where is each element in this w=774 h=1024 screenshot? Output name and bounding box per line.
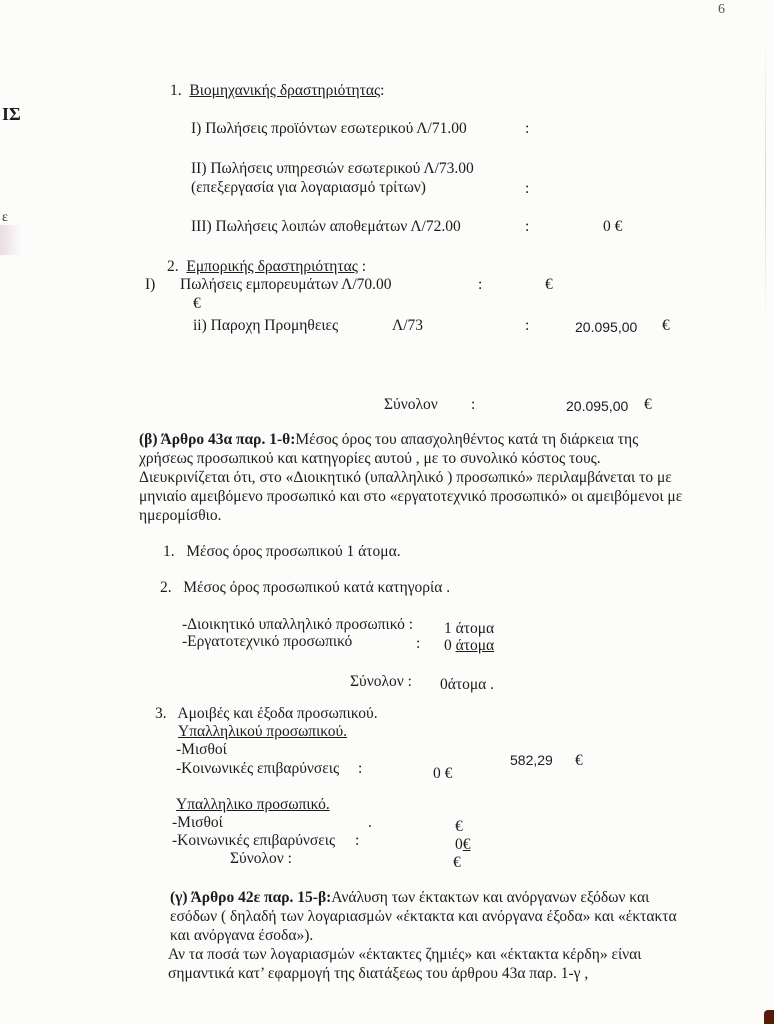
group2-total-label: Σύνολον :	[230, 850, 292, 868]
social-value: 0€	[455, 836, 471, 854]
row-label: I) Πωλήσεις προϊόντων εσωτερικού Λ/71.00	[191, 120, 467, 138]
heading-suffix: :	[380, 82, 384, 99]
staff-category-item: 2. Μέσος όρος προσωπικού κατά κατηγορία …	[160, 579, 450, 597]
section-c-heading: (γ) Άρθρο 42ε παρ. 15-β:	[170, 889, 331, 906]
category-value: 1 άτομα	[444, 620, 494, 638]
total-value: 20.095,00	[566, 398, 628, 414]
group1-title: Υπαλληλικού προσωπικού.	[178, 723, 347, 741]
account-code: Λ/73	[392, 317, 423, 335]
section-c-paragraph: (γ) Άρθρο 42ε παρ. 15-β:Ανάλυση των έκτα…	[170, 888, 680, 945]
salaries-currency: €	[575, 752, 583, 770]
row-value: 20.095,00	[575, 319, 637, 335]
item-text: Μέσος όρος προσωπικού 1 άτομα.	[186, 543, 400, 560]
value-unit: άτομα	[456, 637, 495, 654]
row-value: €	[545, 276, 553, 294]
total-sep: :	[471, 396, 475, 414]
item-text: Μέσος όρος προσωπικού κατά κατηγορία .	[183, 579, 450, 596]
section-b-paragraph: (β) Άρθρο 43α παρ. 1-θ:Μέσος όρος του απ…	[139, 430, 689, 525]
group2-title: Υπαλληλικο προσωπικό.	[176, 796, 330, 814]
row-sep: :	[525, 218, 529, 236]
value-currency: €	[463, 836, 471, 853]
roman-numeral: I)	[145, 276, 155, 294]
row-sep: :	[525, 180, 529, 198]
group2-total-value: €	[453, 854, 461, 872]
item-number: 2.	[167, 258, 179, 275]
row-value: 0 €	[603, 218, 622, 236]
row-label: II) Πωλήσεις υπηρεσιών εσωτερικού Λ/73.0…	[191, 160, 474, 178]
item-number: 1.	[163, 543, 175, 560]
row-label: Πωλήσεις εμπορευμάτων Λ/70.00	[180, 276, 392, 294]
item-number: 1.	[170, 82, 182, 99]
category-sep: :	[416, 635, 420, 653]
left-edge-fragment: ΙΣ	[2, 104, 21, 125]
item-number: 2.	[160, 579, 172, 596]
row-sep: :	[525, 120, 529, 138]
commercial-activity-heading: 2. Εμπορικής δραστηριότητας :	[167, 258, 366, 276]
category-total-label: Σύνολον :	[350, 673, 412, 691]
value-number: 0	[455, 836, 463, 853]
social-label: -Κοινωνικές επιβαρύνσεις	[176, 760, 339, 778]
category-label: -Εργατοτεχνικό προσωπικό	[182, 633, 352, 651]
salaries-dot: .	[368, 814, 372, 832]
total-label: Σύνολον	[384, 396, 438, 414]
stray-currency: €	[193, 295, 201, 313]
salaries-value: 582,29	[510, 752, 553, 768]
item-text: Αμοιβές και έξοδα προσωπικού.	[177, 705, 377, 722]
left-edge-fragment-2: ε	[2, 210, 8, 226]
salaries-label: -Μισθοί	[176, 741, 227, 759]
row-label: ii) Παροχη Προμηθειες	[193, 317, 338, 335]
category-label: -Διοικητικό υπαλληλικό προσωπικό :	[182, 616, 413, 634]
industrial-activity-heading: 1. Βιομηχανικής δραστηριότητας:	[170, 82, 384, 100]
scan-edge	[765, 30, 766, 330]
section-c-paragraph-2: Αν τα ποσά των λογαριασμών «έκτακτες ζημ…	[168, 945, 698, 983]
item-number: 3.	[155, 705, 167, 722]
heading-suffix: :	[358, 258, 366, 275]
scan-shadow	[0, 225, 22, 255]
social-value: 0 €	[433, 765, 452, 783]
value-number: 0	[444, 637, 452, 654]
staff-average-item: 1. Μέσος όρος προσωπικού 1 άτομα.	[163, 543, 401, 561]
personnel-costs-item: 3. Αμοιβές και έξοδα προσωπικού.	[155, 705, 378, 723]
page-number: 6	[718, 2, 725, 18]
section-b-heading: (β) Άρθρο 43α παρ. 1-θ:	[139, 431, 295, 448]
row-currency: €	[662, 317, 670, 335]
category-total-value: 0άτομα .	[440, 676, 494, 694]
total-currency: €	[644, 396, 652, 414]
salaries-value: €	[455, 818, 463, 836]
row-label: III) Πωλήσεις λοιπών αποθεμάτων Λ/72.00	[191, 218, 461, 236]
row-sep: :	[478, 276, 482, 294]
heading-text: Εμπορικής δραστηριότητας	[186, 258, 358, 275]
category-value: 0 άτομα	[444, 637, 494, 655]
social-label: -Κοινωνικές επιβαρύνσεις	[172, 832, 335, 850]
social-sep: :	[355, 832, 359, 850]
scan-corner	[764, 1010, 774, 1024]
heading-text: Βιομηχανικής δραστηριότητας	[189, 82, 380, 99]
row-sep: :	[525, 317, 529, 335]
salaries-label: -Μισθοί	[172, 814, 223, 832]
row-label-2: (επεξεργασία για λογαριασμό τρίτων)	[191, 179, 426, 197]
social-sep: :	[358, 760, 362, 778]
